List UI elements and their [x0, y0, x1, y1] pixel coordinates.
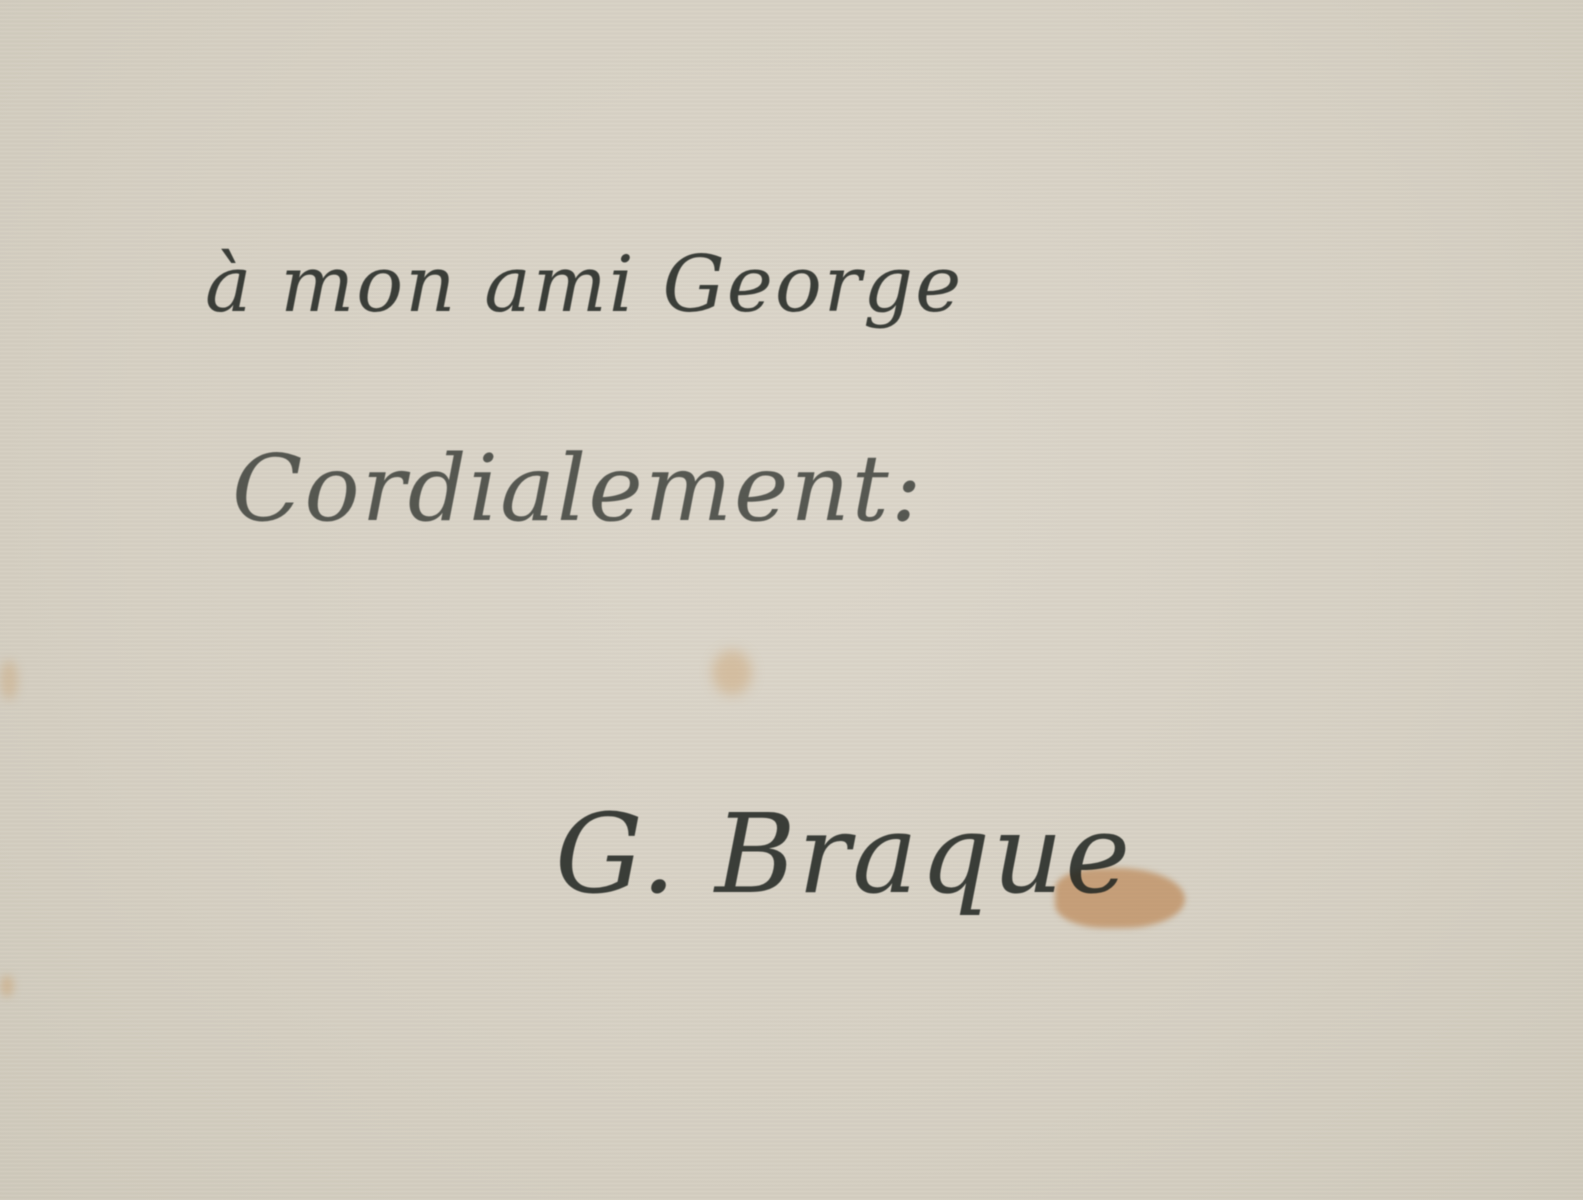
closing-line: Cordialement:: [232, 435, 924, 542]
paper-texture: [0, 0, 1583, 1200]
foxing-stain-edge: [0, 660, 18, 700]
foxing-stain-edge-2: [0, 975, 14, 997]
dedication-line: à mon ami George: [205, 240, 963, 330]
foxing-stain-small: [712, 650, 752, 695]
signature: G. Braque: [555, 790, 1132, 918]
